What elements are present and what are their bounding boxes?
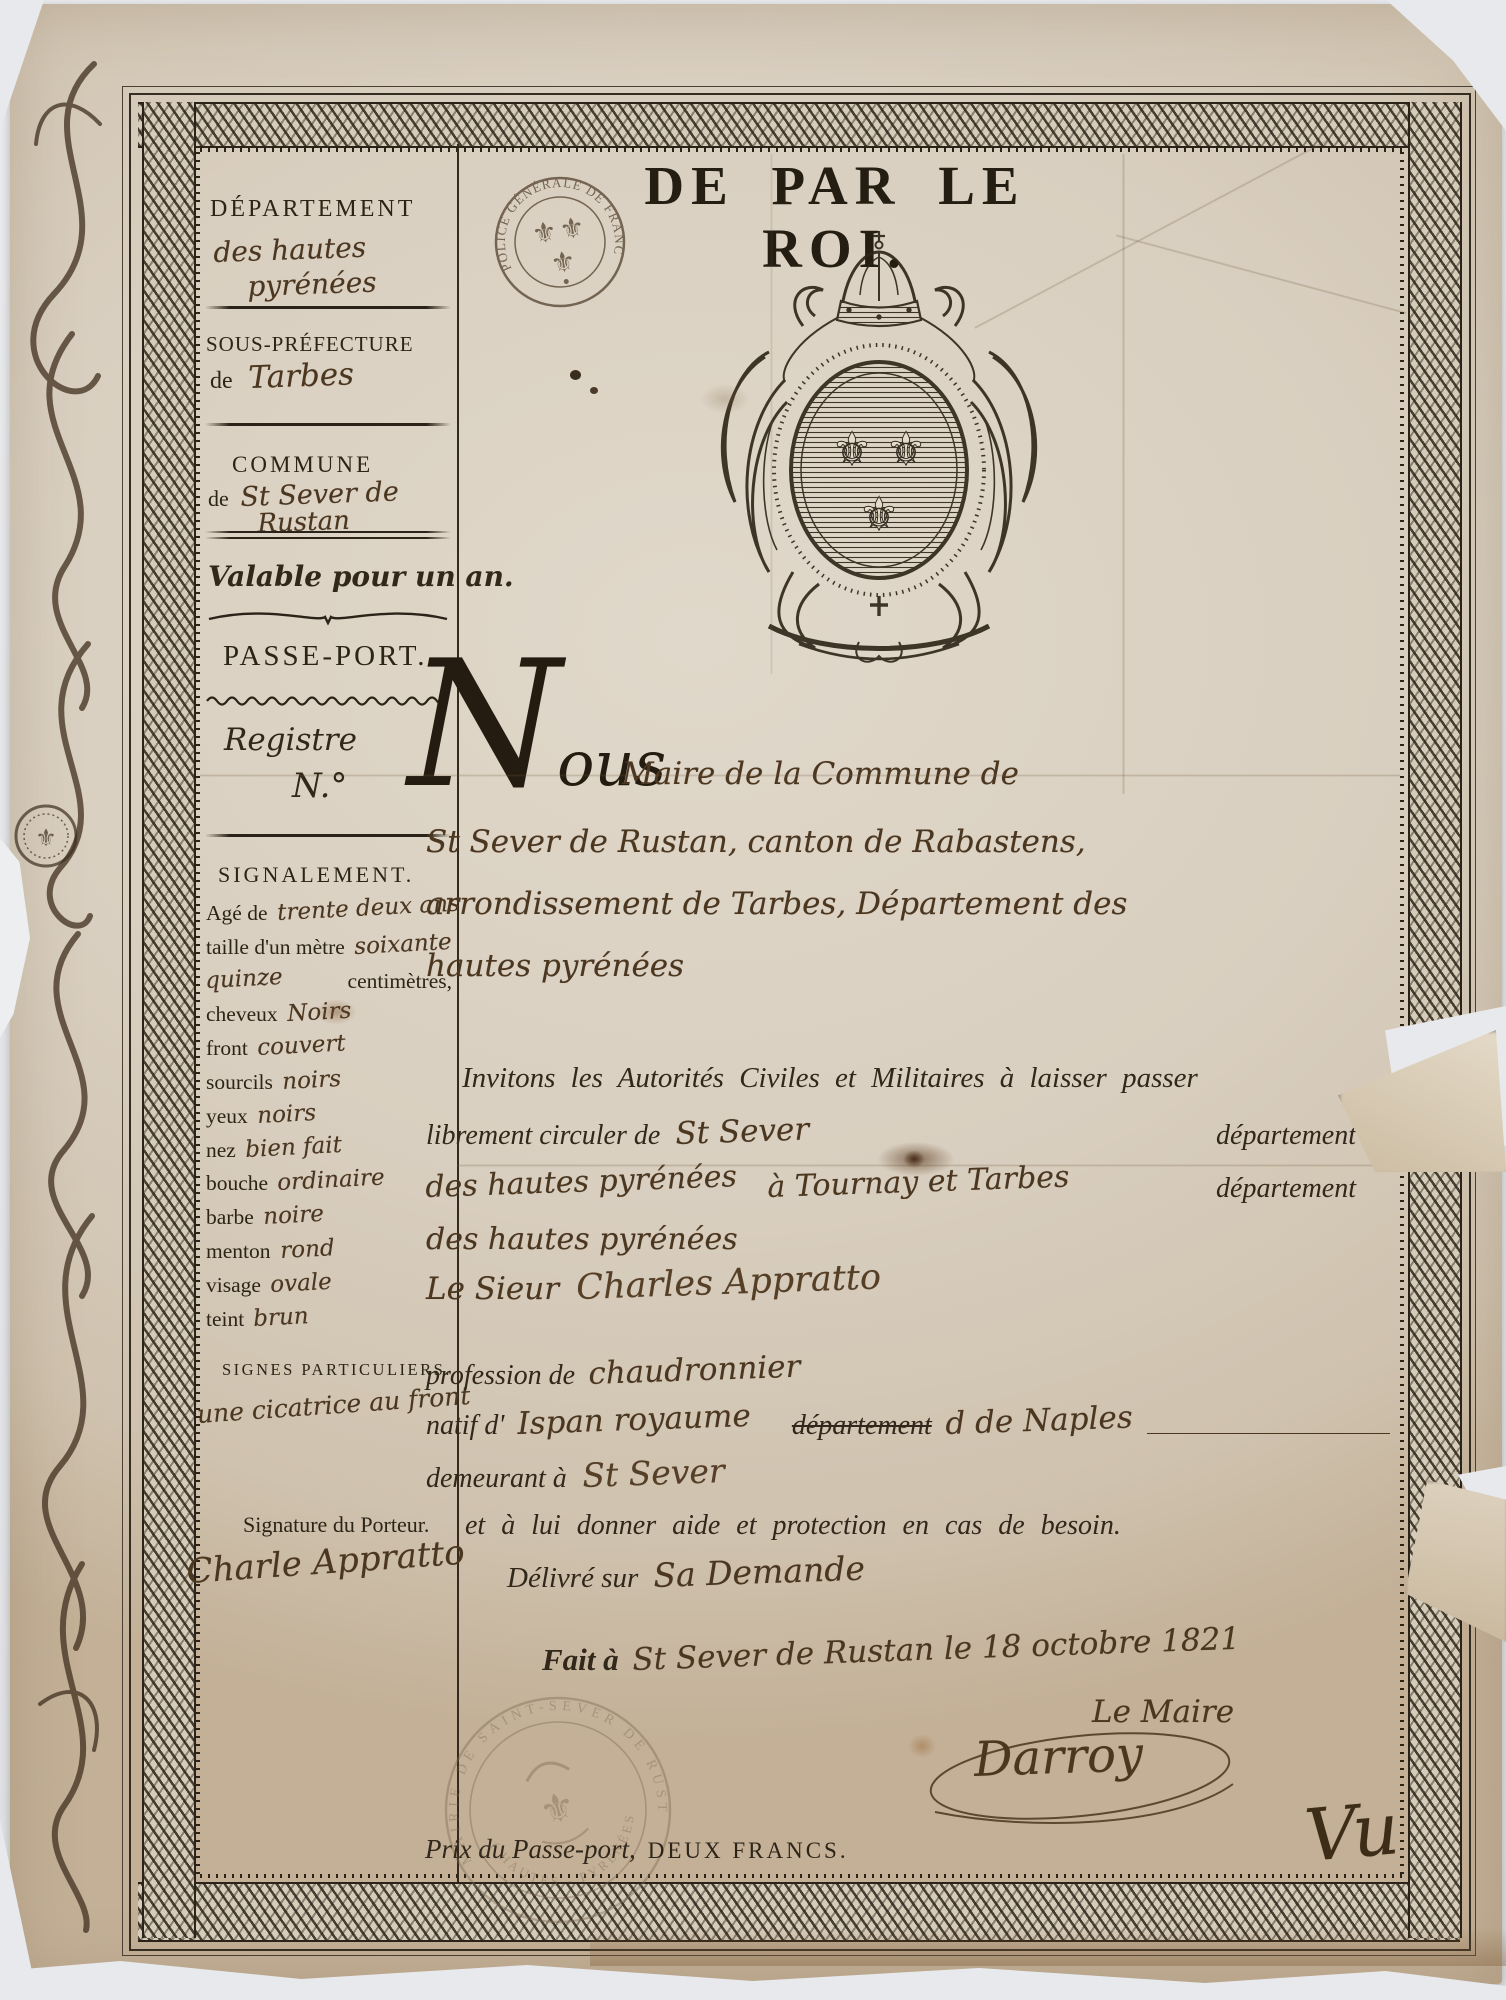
line9-le-sieur: Le Sieur [426, 1271, 559, 1307]
vu-annotation: Vu [1302, 1786, 1403, 1878]
border-dots-left [196, 152, 200, 1874]
trait-value: noirs [256, 1100, 316, 1129]
trait-value: ovale [270, 1269, 333, 1298]
commune-de: de [208, 486, 229, 512]
departement-label: DÉPARTEMENT [210, 196, 415, 223]
fleur-de-lis-icon: ⚜ [35, 824, 57, 852]
line6-printed: librement circuler de [426, 1120, 660, 1152]
signalement-row: front couvert [206, 1035, 452, 1069]
body-line-14: Délivré sur Sa Demande [507, 1556, 866, 1595]
registre-label: Registre [224, 722, 357, 758]
body-line-9: Le Sieur Charles Appratto [426, 1268, 882, 1308]
natif-value-2: d de Naples [945, 1399, 1134, 1442]
fleur-de-lis-icon: ⚜ [885, 422, 926, 476]
fleur-de-lis-icon: ⚜ [557, 210, 587, 247]
trait-value: brun [253, 1303, 310, 1332]
body-line-7: des hautes pyrénées à Tournay et Tarbes … [426, 1170, 1356, 1205]
price-line: Prix du Passe-port, DEUX FRANCS. [425, 1834, 849, 1865]
rule-under-commune-1 [205, 531, 451, 533]
natif-label: natif d' [426, 1410, 504, 1442]
trait-label: cheveux [206, 1002, 278, 1027]
sous-prefecture-row: de Tarbes [210, 360, 354, 396]
departement-value-line1: des hautes [213, 231, 367, 269]
body-line-8: des hautes pyrénées [426, 1222, 738, 1257]
delivre-value: Sa Demande [653, 1549, 866, 1595]
left-margin-calligraphy: ⚜ [10, 4, 128, 2000]
border-band-left [142, 102, 196, 1938]
border-dots-bottom [200, 1874, 1404, 1878]
rule-under-commune-2 [205, 537, 451, 539]
delivre-label: Délivré sur [507, 1562, 638, 1595]
natif-struck-word: département [792, 1410, 932, 1442]
vertical-crease-2 [770, 154, 773, 674]
border-dots-right [1400, 152, 1404, 1874]
ink-blot-core [903, 1150, 925, 1168]
signalement-row: teint brun [206, 1306, 452, 1340]
photo-of-passport-document: { "icons": { "fleur": "⚜" }, "header": {… [0, 0, 1506, 2000]
price-value: DEUX FRANCS. [648, 1838, 849, 1864]
trait-label: teint [206, 1307, 244, 1332]
demeurant-label: demeurant à [426, 1463, 567, 1495]
signalement-row: yeux noirs [206, 1103, 452, 1137]
fait-a-label: Fait à [542, 1642, 619, 1678]
signalement-row: barbe noire [206, 1204, 452, 1238]
body-line-13: et à lui donner aide et protection en ca… [465, 1510, 1121, 1542]
trait-label: nez [206, 1138, 236, 1163]
trait-label: bouche [206, 1171, 268, 1196]
signalement-row: bouche ordinaire [206, 1170, 452, 1204]
brown-stain-2 [908, 1734, 936, 1758]
signalement-row: taille d'un mètre soixante [206, 934, 452, 968]
trait-value: ordinaire [277, 1165, 386, 1197]
fleur-de-lis-icon: ⚜ [534, 1782, 581, 1836]
sous-prefecture-label: SOUS-PRÉFECTURE [206, 332, 414, 357]
horizontal-fold-line [200, 774, 1400, 777]
trait-value: quinze [205, 964, 284, 994]
signature-porteur-label: Signature du Porteur. [243, 1512, 429, 1538]
commune-label: COMMUNE [232, 452, 373, 478]
signes-particuliers-title: SIGNES PARTICULIERS. [222, 1360, 452, 1380]
trait-label: sourcils [206, 1070, 273, 1095]
commune-value-line2: Rustan [257, 506, 350, 539]
issue-line: Fait à St Sever de Rustan le 18 octobre … [542, 1642, 1241, 1678]
brown-stain [315, 999, 357, 1025]
valable-text: Valable pour un an. [208, 560, 514, 593]
signalement-row: sourcils noirs [206, 1069, 452, 1103]
trait-label: visage [206, 1273, 261, 1298]
line6-handwritten: St Sever [675, 1111, 810, 1152]
trait-label: Agé de [206, 901, 268, 926]
signalement-row: Agé de trente deux ans [206, 900, 452, 934]
rule-under-departement [205, 306, 451, 309]
fleur-de-lis-icon: ⚜ [548, 244, 578, 281]
passport-paper: ⚜ DÉPARTEMENT des hautes pyrénées SOUS-P… [10, 4, 1502, 1984]
nous-initial: Nous [408, 638, 658, 851]
margin-medallion-stamp: ⚜ [16, 806, 76, 866]
signalement-title: SIGNALEMENT. [218, 862, 414, 888]
invitons-line: Invitons les Autorités Civiles et Milita… [462, 1062, 1198, 1095]
trait-value: bien fait [244, 1132, 342, 1163]
signalement-row: visage ovale [206, 1272, 452, 1306]
trait-label: menton [206, 1239, 271, 1264]
paper-hole [570, 370, 581, 380]
smudge [700, 384, 750, 414]
fleur-de-lis-icon: ⚜ [858, 487, 899, 541]
passeport-title: PASSE-PORT. [223, 640, 428, 673]
fleur-de-lis-icon: ⚜ [831, 422, 872, 476]
sous-prefecture-de: de [210, 368, 233, 395]
demeurant-value: St Sever [581, 1451, 725, 1495]
royal-coat-of-arms: ⚜ ⚜ ⚜ [673, 230, 1085, 666]
body-line-12: demeurant à St Sever [426, 1456, 725, 1495]
border-band-top [138, 102, 1460, 148]
trait-value: couvert [256, 1031, 346, 1062]
price-label: Prix du Passe-port, [425, 1834, 636, 1865]
signalement-row: menton rond [206, 1238, 452, 1272]
line7-departement: département [1216, 1173, 1356, 1205]
trait-value: noire [262, 1201, 324, 1230]
departement-value-line2: pyrénées [247, 266, 377, 303]
rule-under-sous-prefecture [205, 423, 451, 426]
natif-flourish-line [1147, 1433, 1390, 1434]
registre-number: N.° [292, 766, 347, 806]
signalement-row: nez bien fait [206, 1137, 452, 1171]
trait-label: yeux [206, 1104, 248, 1129]
line6-departement: département [1216, 1120, 1356, 1152]
trait-label: barbe [206, 1205, 254, 1230]
signalement-row: centimètres, quinze [206, 968, 452, 1002]
fleur-de-lis-icon: ⚜ [529, 215, 559, 252]
sous-prefecture-value: Tarbes [247, 356, 354, 396]
body-line-3: arrondissement de Tarbes, Département de… [426, 886, 1127, 922]
profession-label: profession de [426, 1360, 575, 1392]
paper-hole-2 [590, 387, 598, 394]
profession-value: chaudronnier [588, 1349, 801, 1392]
natif-value-1: Ispan royaume [517, 1398, 752, 1442]
trait-value: noirs [282, 1066, 342, 1095]
trait-value: rond [279, 1235, 335, 1264]
signalement-list: Agé de trente deux ans taille d'un mètre… [206, 900, 452, 1339]
column-divider-rule [457, 144, 459, 1882]
mayor-signature: Darroy [973, 1726, 1144, 1788]
trait-label: front [206, 1036, 248, 1061]
bottom-paper-curl [590, 1928, 1506, 1966]
border-dots-top [200, 148, 1404, 152]
trait-label: taille d'un mètre [206, 935, 345, 960]
body-line-10: profession de chaudronnier [426, 1356, 801, 1392]
body-line-2: St Sever de Rustan, canton de Rabastens, [426, 824, 1086, 860]
body-line-11: natif d' Ispan royaume département d de … [426, 1406, 1390, 1442]
body-line-4: hautes pyrénées [426, 948, 684, 984]
